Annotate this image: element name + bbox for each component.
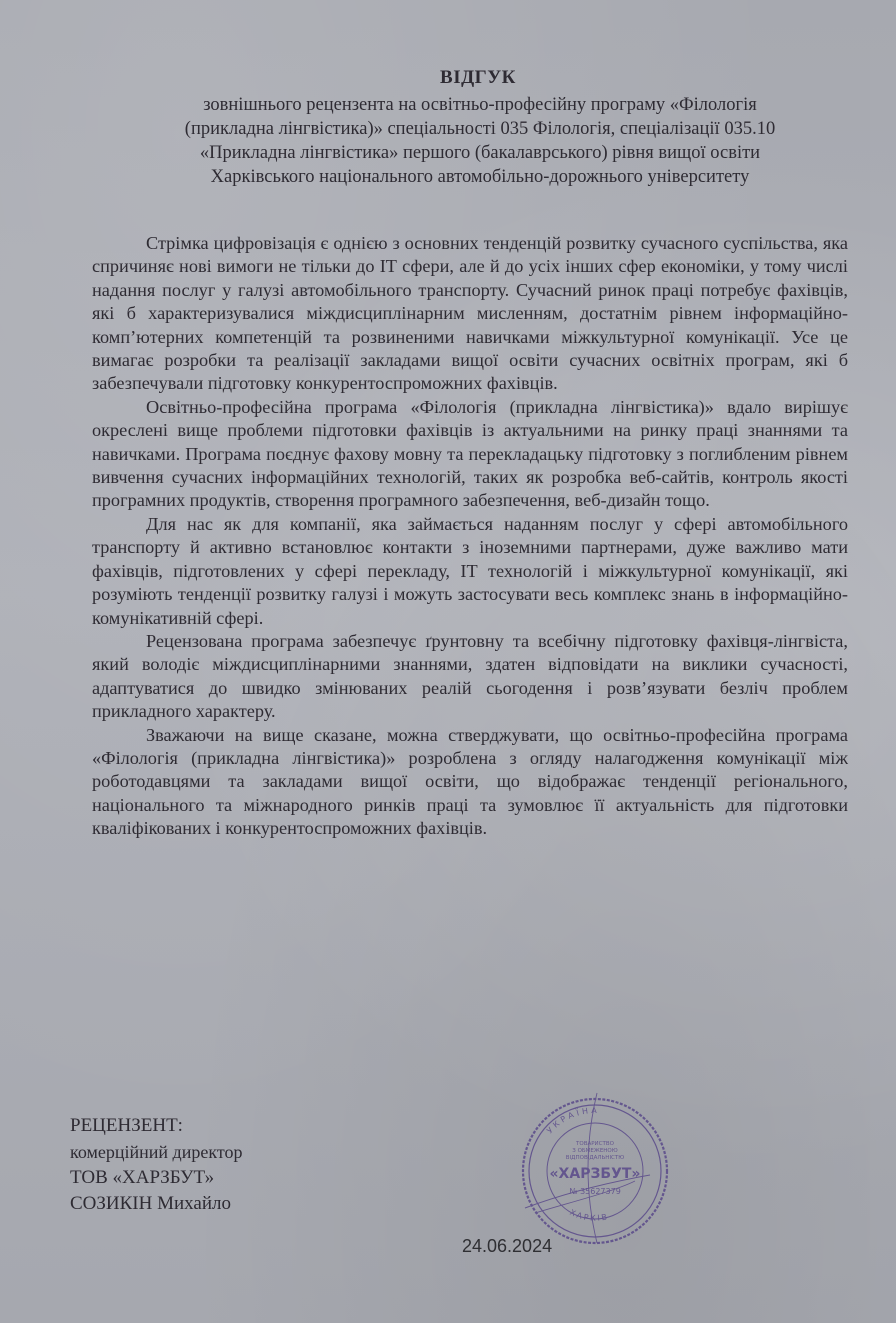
document-page: ВІДГУК зовнішнього рецензента на освітнь…	[0, 0, 896, 1323]
paragraph-4: Рецензована програма забезпечує ґрунтовн…	[92, 630, 848, 724]
svg-text:З ОБМЕЖЕНОЮ: З ОБМЕЖЕНОЮ	[572, 1148, 617, 1154]
subtitle-line: (прикладна лінгвістика)» спеціальності 0…	[100, 117, 860, 141]
reviewer-position: комерційний директор	[70, 1139, 242, 1165]
document-title: ВІДГУК	[0, 67, 896, 89]
subtitle-line: Харківського національного автомобільно-…	[100, 165, 860, 189]
paragraph-3: Для нас як для компанії, яка займається …	[92, 513, 848, 630]
document-subtitle: зовнішнього рецензента на освітньо-профе…	[100, 93, 860, 189]
paragraph-2: Освітньо-професійна програма «Філологія …	[92, 396, 848, 513]
svg-text:ХАРКІВ: ХАРКІВ	[568, 1208, 609, 1223]
subtitle-line: «Прикладна лінгвістика» першого (бакалав…	[100, 141, 860, 165]
signature-block: РЕЦЕНЗЕНТ: комерційний директор ТОВ «ХАР…	[70, 1113, 242, 1217]
document-body: Стрімка цифровізація є однією з основних…	[92, 232, 848, 841]
svg-text:ВІДПОВІДАЛЬНІСТЮ: ВІДПОВІДАЛЬНІСТЮ	[566, 1155, 624, 1161]
reviewer-heading: РЕЦЕНЗЕНТ:	[70, 1113, 242, 1139]
paragraph-1: Стрімка цифровізація є однією з основних…	[92, 232, 848, 396]
svg-text:ТОВАРИСТВО: ТОВАРИСТВО	[575, 1141, 615, 1147]
reviewer-name: СОЗИКІН Михайло	[70, 1191, 242, 1217]
reviewer-company: ТОВ «ХАРЗБУТ»	[70, 1165, 242, 1191]
company-stamp-icon: УКРАЇНА ХАРКІВ ТОВАРИСТВО З ОБМЕЖЕНОЮ ВІ…	[515, 1083, 675, 1258]
subtitle-line: зовнішнього рецензента на освітньо-профе…	[100, 93, 860, 117]
document-date: 24.06.2024	[462, 1236, 552, 1257]
paragraph-5: Зважаючи на вище сказане, можна стверджу…	[92, 724, 848, 841]
